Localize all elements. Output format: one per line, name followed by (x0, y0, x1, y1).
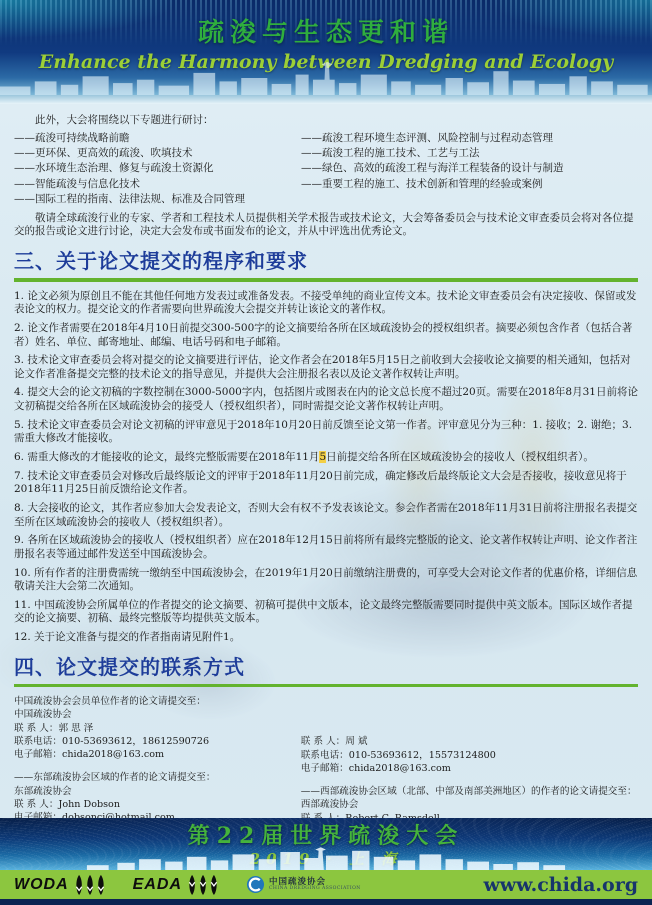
bottom-navy-strip (0, 899, 652, 905)
west-note: ——西部疏浚协会区域（北部、中部及南部美洲地区）的作者的论文请提交至： (301, 785, 644, 798)
invitation-paragraph: 敬请全球疏浚行业的专家、学者和工程技术人员提供相关学术报告或技术论文，大会筹备委… (14, 212, 638, 239)
contacts-left-column: 中国疏浚协会 联 系 人：郭 思 泽 联系电话：010-53693612，186… (14, 708, 295, 818)
tel-label: 联系电话： (14, 736, 62, 747)
east-org: 东部疏浚协会 (14, 785, 295, 798)
section4-green-rule (14, 684, 638, 688)
topic-text: ——水环境生态治理、修复与疏浚土资源化 (14, 162, 214, 174)
header-banner: 疏浚与生态更和谐 Enhance the Harmony between Dre… (0, 0, 652, 95)
topic-item: ——重要工程的施工、技术创新和管理的经验或案例 (301, 178, 638, 192)
paragraph-text: 6. 需重大修改的才能接收的论文，最终完整版需要在2018年11月 (14, 451, 319, 463)
content-area: 此外，大会将围绕以下专题进行研讨： ——疏浚可持续战略前瞻 ——更环保、更高效的… (0, 104, 652, 818)
section4-heading: 四、论文提交的联系方式 (14, 655, 638, 681)
paragraph-text: 10. 所有作者的注册费需统一缴纳至中国疏浚协会，在2019年1月20日前缴纳注… (14, 567, 637, 593)
contact1-name: 郭 思 泽 (58, 723, 93, 734)
topic-item: ——疏浚工程的施工技术、工艺与工法 (301, 147, 638, 161)
topic-text: ——更环保、更高效的疏浚、吹填技术 (14, 147, 193, 159)
topics-lead: 此外，大会将围绕以下专题进行研讨： (14, 114, 638, 128)
cn-org-name: 中国疏浚协会 (14, 708, 295, 721)
topic-item: ——疏浚工程环境生态评测、风险控制与过程动态管理 (301, 132, 638, 146)
topic-text: ——国际工程的指南、法律法规、标准及合同管理 (14, 193, 245, 205)
contact-label: 联 系 人： (14, 723, 58, 734)
contact1-email[interactable]: chida2018@163.com (62, 749, 164, 760)
topic-text: ——疏浚工程的施工技术、工艺与工法 (301, 147, 480, 159)
congress-banner: 第22届世界疏浚大会 2019 · 上 海 (0, 818, 652, 870)
east-contact-name: John Dobson (58, 799, 120, 810)
topic-item: ——绿色、高效的疏浚工程与海洋工程装备的设计与制造 (301, 162, 638, 176)
chida-name-en: CHINA DREDGING ASSOCIATION (269, 887, 361, 892)
paragraph-text: 9. 各所在区域疏浚协会的接收人（授权组织者）应在2018年12月15日前将所有… (14, 534, 637, 560)
paragraph-text: 12. 关于论文准备与提交的作者指南请见附件1。 (14, 631, 240, 643)
topic-item: ——智能疏浚与信息化技术 (14, 178, 301, 192)
section3-heading: 三、关于论文提交的程序和要求 (14, 249, 638, 275)
topics-columns: ——疏浚可持续战略前瞻 ——更环保、更高效的疏浚、吹填技术 ——水环境生态治理、… (14, 131, 638, 208)
contact2-email[interactable]: chida2018@163.com (349, 763, 451, 774)
contact1-email-line: 电子邮箱：chida2018@163.com (14, 748, 295, 761)
topics-right-list: ——疏浚工程环境生态评测、风险控制与过程动态管理 ——疏浚工程的施工技术、工艺与… (301, 131, 638, 208)
procedure-paragraph: 7. 技术论文审查委员会对修改后最终版论文的评审于2018年11月20日前完成，… (14, 470, 638, 497)
woda-wordmark: WODA (14, 876, 69, 894)
header-gradient-band (0, 95, 652, 104)
contact2-tel: 010-53693612，15573124800 (349, 750, 496, 761)
procedure-paragraph: 3. 技术论文审查委员会将对提交的论文摘要进行评估，论文作者会在2018年5月1… (14, 354, 638, 381)
procedure-paragraphs: 1. 论文必须为原创且不能在其他任何地方发表过或准备发表。不接受单纯的商业宣传文… (14, 290, 638, 645)
contact2-email-line: 电子邮箱：chida2018@163.com (301, 762, 644, 775)
procedure-paragraph: 10. 所有作者的注册费需统一缴纳至中国疏浚协会，在2019年1月20日前缴纳注… (14, 567, 638, 594)
topic-text: ——绿色、高效的疏浚工程与海洋工程装备的设计与制造 (301, 162, 564, 174)
conference-poster: 疏浚与生态更和谐 Enhance the Harmony between Dre… (0, 0, 652, 905)
contact2-tel-line: 联系电话：010-53693612，15573124800 (301, 749, 644, 762)
eada-shells-icon (186, 875, 220, 895)
east-email-line: 电子邮箱：dobsoncj@hotmail.com (14, 811, 295, 818)
paragraph-text: 1. 论文必须为原创且不能在其他任何地方发表过或准备发表。不接受单纯的商业宣传文… (14, 290, 636, 316)
paragraph-text: 8. 大会接收的论文，其作者应参加大会发表论文，否则大会有权不予发表该论文。参会… (14, 502, 637, 528)
paragraph-text: 2. 论文作者需要在2018年4月10日前提交300-500字的论文摘要给各所在… (14, 322, 632, 348)
topic-item: ——更环保、更高效的疏浚、吹填技术 (14, 147, 301, 161)
topics-left-list: ——疏浚可持续战略前瞻 ——更环保、更高效的疏浚、吹填技术 ——水环境生态治理、… (14, 131, 301, 208)
procedure-paragraph: 11. 中国疏浚协会所属单位的作者提交的论文摘要、初稿可提供中文版本，论文最终完… (14, 599, 638, 626)
topic-text: ——重要工程的施工、技术创新和管理的经验或案例 (301, 178, 543, 190)
email-label: 电子邮箱： (14, 749, 62, 760)
banner-city-skyline-graphic (0, 846, 652, 870)
east-note: ——东部疏浚协会区域的作者的论文请提交至： (14, 771, 295, 784)
topic-text: ——疏浚可持续战略前瞻 (14, 132, 130, 144)
procedure-paragraph: 8. 大会接收的论文，其作者应参加大会发表论文，否则大会有权不予发表该论文。参会… (14, 502, 638, 529)
poster-title-cn: 疏浚与生态更和谐 (0, 12, 652, 49)
eada-logo: EADA (133, 875, 220, 895)
paragraph-text: 4. 提交大会的论文初稿的字数控制在3000-5000字内，包括图片或图表在内的… (14, 386, 638, 412)
west-org: 西部疏浚协会 (301, 798, 644, 811)
topic-item: ——水环境生态治理、修复与疏浚土资源化 (14, 162, 301, 176)
procedure-paragraph: 5. 技术论文审查委员会对论文初稿的评审意见于2018年10月20日前反馈至论文… (14, 419, 638, 446)
east-contact-line: 联 系 人：John Dobson (14, 798, 295, 811)
cn-submit-note: 中国疏浚协会会员单位作者的论文请提交至： (14, 695, 638, 708)
procedure-paragraph: 6. 需重大修改的才能接收的论文，最终完整版需要在2018年11月5日前提交给各… (14, 451, 638, 465)
chida-emblem-icon (246, 875, 265, 894)
paragraph-text: 5. 技术论文审查委员会对论文初稿的评审意见于2018年10月20日前反馈至论文… (14, 419, 632, 445)
topic-text: ——疏浚工程环境生态评测、风险控制与过程动态管理 (301, 132, 553, 144)
city-skyline-graphic (0, 61, 652, 95)
procedure-paragraph: 1. 论文必须为原创且不能在其他任何地方发表过或准备发表。不接受单纯的商业宣传文… (14, 290, 638, 317)
contact1-name-line: 联 系 人：郭 思 泽 (14, 722, 295, 735)
woda-logo: WODA (14, 875, 107, 895)
topic-text: ——智能疏浚与信息化技术 (14, 178, 140, 190)
procedure-paragraph: 12. 关于论文准备与提交的作者指南请见附件1。 (14, 631, 638, 645)
contact1-tel: 010-53693612，18612590726 (62, 736, 209, 747)
contact2-name: 周 斌 (345, 736, 367, 747)
chida-logo: 中国疏浚协会 CHINA DREDGING ASSOCIATION (246, 875, 361, 894)
contact2-name-line: 联 系 人：周 斌 (301, 735, 644, 748)
paragraph-text: 3. 技术论文审查委员会将对提交的论文摘要进行评估，论文作者会在2018年5月1… (14, 354, 631, 380)
procedure-paragraph: 4. 提交大会的论文初稿的字数控制在3000-5000字内，包括图片或图表在内的… (14, 386, 638, 413)
woda-shells-icon (73, 875, 107, 895)
procedure-paragraph: 2. 论文作者需要在2018年4月10日前提交300-500字的论文摘要给各所在… (14, 322, 638, 349)
eada-wordmark: EADA (133, 876, 182, 894)
contacts-block: 中国疏浚协会会员单位作者的论文请提交至： 中国疏浚协会 联 系 人：郭 思 泽 … (14, 695, 638, 818)
paragraph-text: 7. 技术论文审查委员会对修改后最终版论文的评审于2018年11月20日前完成，… (14, 470, 627, 496)
topic-item: ——国际工程的指南、法律法规、标准及合同管理 (14, 193, 301, 207)
contacts-right-column: 联 系 人：周 斌 联系电话：010-53693612，15573124800 … (301, 708, 644, 818)
contact-label: 联 系 人： (301, 736, 345, 747)
section3-green-rule (14, 278, 638, 282)
tel-label: 联系电话： (301, 750, 349, 761)
procedure-paragraph: 9. 各所在区域疏浚协会的接收人（授权组织者）应在2018年12月15日前将所有… (14, 534, 638, 561)
contact-label: 联 系 人： (14, 799, 58, 810)
topic-item: ——疏浚可持续战略前瞻 (14, 132, 301, 146)
paragraph-text: 11. 中国疏浚协会所属单位的作者提交的论文摘要、初稿可提供中文版本，论文最终完… (14, 599, 633, 625)
paragraph-text: 日前提交给各所在区域疏浚协会的接收人（授权组织者）。 (326, 451, 594, 463)
footer-bar: WODA EADA (0, 870, 652, 899)
website-url[interactable]: www.chida.org (483, 874, 638, 896)
contact1-tel-line: 联系电话：010-53693612，18612590726 (14, 735, 295, 748)
email-label: 电子邮箱： (301, 763, 349, 774)
